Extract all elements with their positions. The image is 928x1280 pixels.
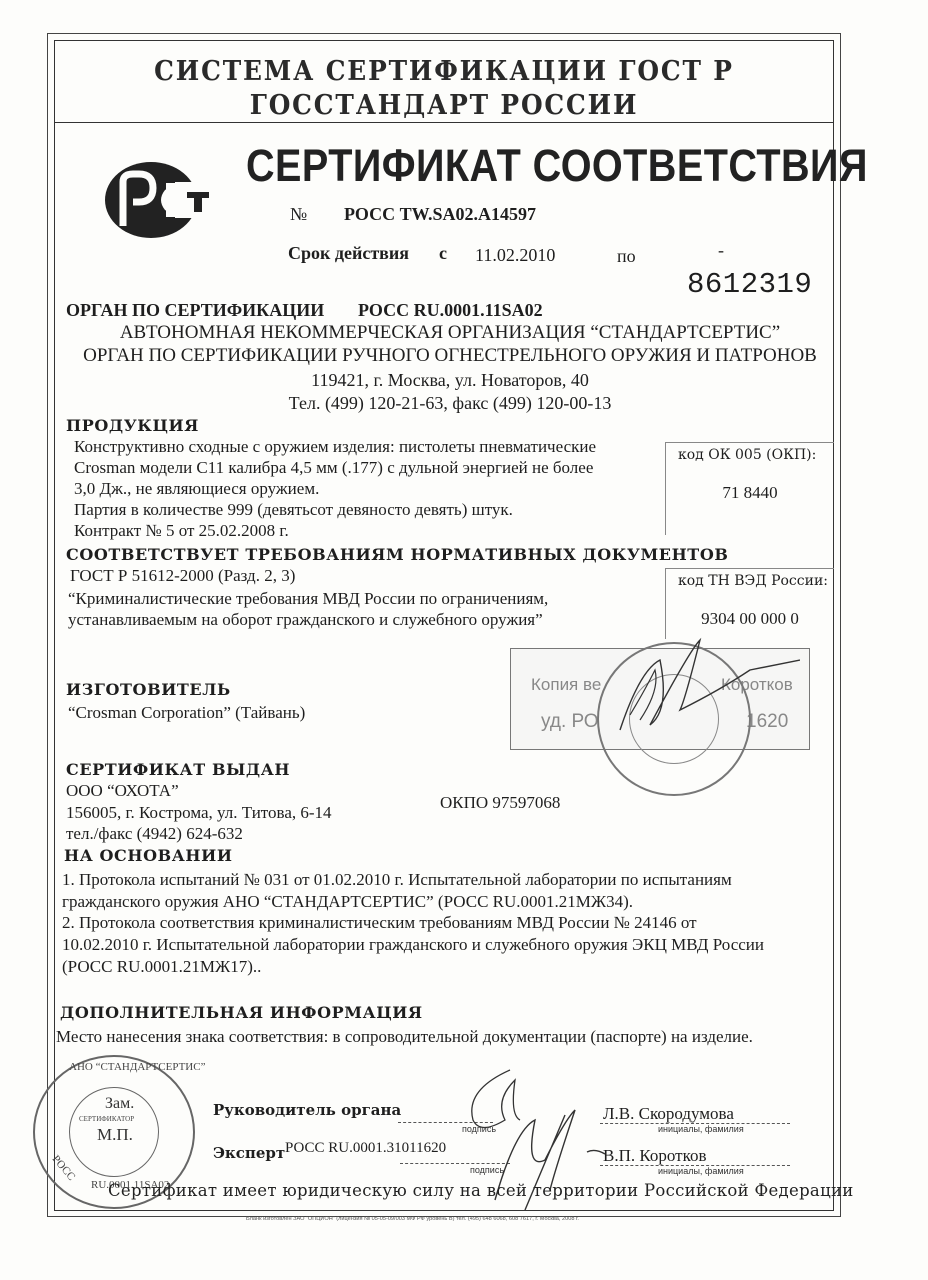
certification-body-reg-number: РОСС RU.0001.11SA02 — [358, 300, 543, 321]
basis-line: (РОСС RU.0001.21МЖ17).. — [62, 957, 261, 977]
validity-to-label: по — [617, 246, 636, 267]
rst-conformity-mark-icon — [103, 160, 213, 240]
conformity-label: СООТВЕТСТВУЕТ ТРЕБОВАНИЯМ НОРМАТИВНЫХ ДО… — [66, 545, 728, 564]
basis-line: 1. Протокола испытаний № 031 от 01.02.20… — [62, 870, 732, 890]
seal-inner-subtitle: СЕРТИФИКАТОР — [79, 1115, 134, 1123]
expert-name: В.П. Коротков — [603, 1146, 707, 1166]
okp-code-box: код ОК 005 (ОКП): 71 8440 — [665, 442, 834, 535]
printer-note: Бланк изготовлен ЗАО “ОПЦИОН” (лицензия … — [246, 1216, 579, 1222]
form-serial-number: 8612319 — [687, 268, 812, 301]
basis-line: гражданского оружия АНО “СТАНДАРТСЕРТИС”… — [62, 892, 633, 912]
certificate-title: СЕРТИФИКАТ СООТВЕТСТВИЯ — [246, 140, 868, 192]
additional-info-label: ДОПОЛНИТЕЛЬНАЯ ИНФОРМАЦИЯ — [60, 1003, 423, 1022]
certification-body-phone: Тел. (499) 120-21-63, факс (499) 120-00-… — [60, 393, 840, 414]
copy-stamp-text: Копия ве — [531, 675, 601, 695]
tn-ved-code-value: 9304 00 000 0 — [666, 609, 834, 629]
system-title-line2: ГОССТАНДАРТ РОССИИ — [85, 90, 803, 121]
certification-body-label: ОРГАН ПО СЕРТИФИКАЦИИ — [66, 300, 324, 321]
validity-statement: Сертификат имеет юридическую силу на все… — [108, 1181, 854, 1200]
conformity-line: “Криминалистические требования МВД Росси… — [68, 589, 548, 609]
number-label: № — [290, 204, 307, 225]
basis-line: 2. Протокола соответствия криминалистиче… — [62, 913, 697, 933]
validity-label: Срок действия — [288, 243, 409, 264]
product-line: Партия в количестве 999 (девятьсот девян… — [74, 500, 513, 520]
seal-outer-text: АНО “СТАНДАРТСЕРТИС” — [69, 1061, 159, 1073]
product-line: 3,0 Дж., не являющиеся оружием. — [74, 479, 319, 499]
seal-inner-title: Зам. — [105, 1095, 134, 1113]
expert-reg-number: РОСС RU.0001.31011620 — [285, 1140, 446, 1157]
conformity-line: ГОСТ Р 51612-2000 (Разд. 2, 3) — [70, 566, 295, 586]
additional-info-text: Место нанесения знака соответствия: в со… — [56, 1027, 753, 1047]
issued-to-line: 156005, г. Кострома, ул. Титова, 6-14 — [66, 803, 332, 823]
name-caption: инициалы, фамилия — [658, 1166, 744, 1176]
seal-left-text: РОСС — [50, 1153, 78, 1183]
certificate-number: РОСС TW.SA02.A14597 — [344, 204, 536, 225]
basis-line: 10.02.2010 г. Испытательной лаборатории … — [62, 935, 764, 955]
tn-ved-code-box: код ТН ВЭД России: 9304 00 000 0 — [665, 568, 834, 639]
system-title-line1: СИСТЕМА СЕРТИФИКАЦИИ ГОСТ Р — [85, 56, 803, 87]
tn-ved-code-label: код ТН ВЭД России: — [678, 573, 828, 589]
issued-to-label: СЕРТИФИКАТ ВЫДАН — [66, 760, 290, 779]
header-divider — [54, 122, 834, 123]
okp-code-value: 71 8440 — [666, 483, 834, 503]
issued-to-line: тел./факс (4942) 624-632 — [66, 824, 243, 844]
name-caption: инициалы, фамилия — [658, 1124, 744, 1134]
copy-stamp-text: уд. РО — [541, 711, 599, 733]
product-label: ПРОДУКЦИЯ — [66, 416, 199, 435]
expert-label: Эксперт — [213, 1144, 285, 1162]
product-line: Crosman модели С11 калибра 4,5 мм (.177)… — [74, 458, 593, 478]
validity-from-date: 11.02.2010 — [475, 245, 555, 266]
basis-label: НА ОСНОВАНИИ — [64, 846, 233, 865]
product-line: Конструктивно сходные с оружием изделия:… — [74, 437, 596, 457]
okpo-code: ОКПО 97597068 — [440, 793, 560, 813]
certification-body-name: АВТОНОМНАЯ НЕКОММЕРЧЕСКАЯ ОРГАНИЗАЦИЯ “С… — [60, 322, 840, 344]
manufacturer-label: ИЗГОТОВИТЕЛЬ — [66, 680, 231, 699]
product-line: Контракт № 5 от 25.02.2008 г. — [74, 521, 289, 541]
okp-code-label: код ОК 005 (ОКП): — [678, 447, 816, 463]
issued-to-line: ООО “ОХОТА” — [66, 781, 179, 801]
certification-body-address: 119421, г. Москва, ул. Новаторов, 40 — [60, 370, 840, 391]
certification-body-dept: ОРГАН ПО СЕРТИФИКАЦИИ РУЧНОГО ОГНЕСТРЕЛЬ… — [60, 345, 840, 367]
manufacturer-value: “Crosman Corporation” (Тайвань) — [68, 703, 305, 723]
handwritten-signature-icon — [600, 630, 800, 750]
seal-mp-mark: М.П. — [97, 1125, 133, 1145]
validity-from-label: с — [439, 243, 447, 264]
head-of-body-label: Руководитель органа — [213, 1101, 401, 1119]
conformity-line: устанавливаемым на оборот гражданского и… — [68, 610, 543, 630]
validity-to-date: - — [718, 240, 724, 261]
head-of-body-name: Л.В. Скородумова — [603, 1104, 734, 1124]
